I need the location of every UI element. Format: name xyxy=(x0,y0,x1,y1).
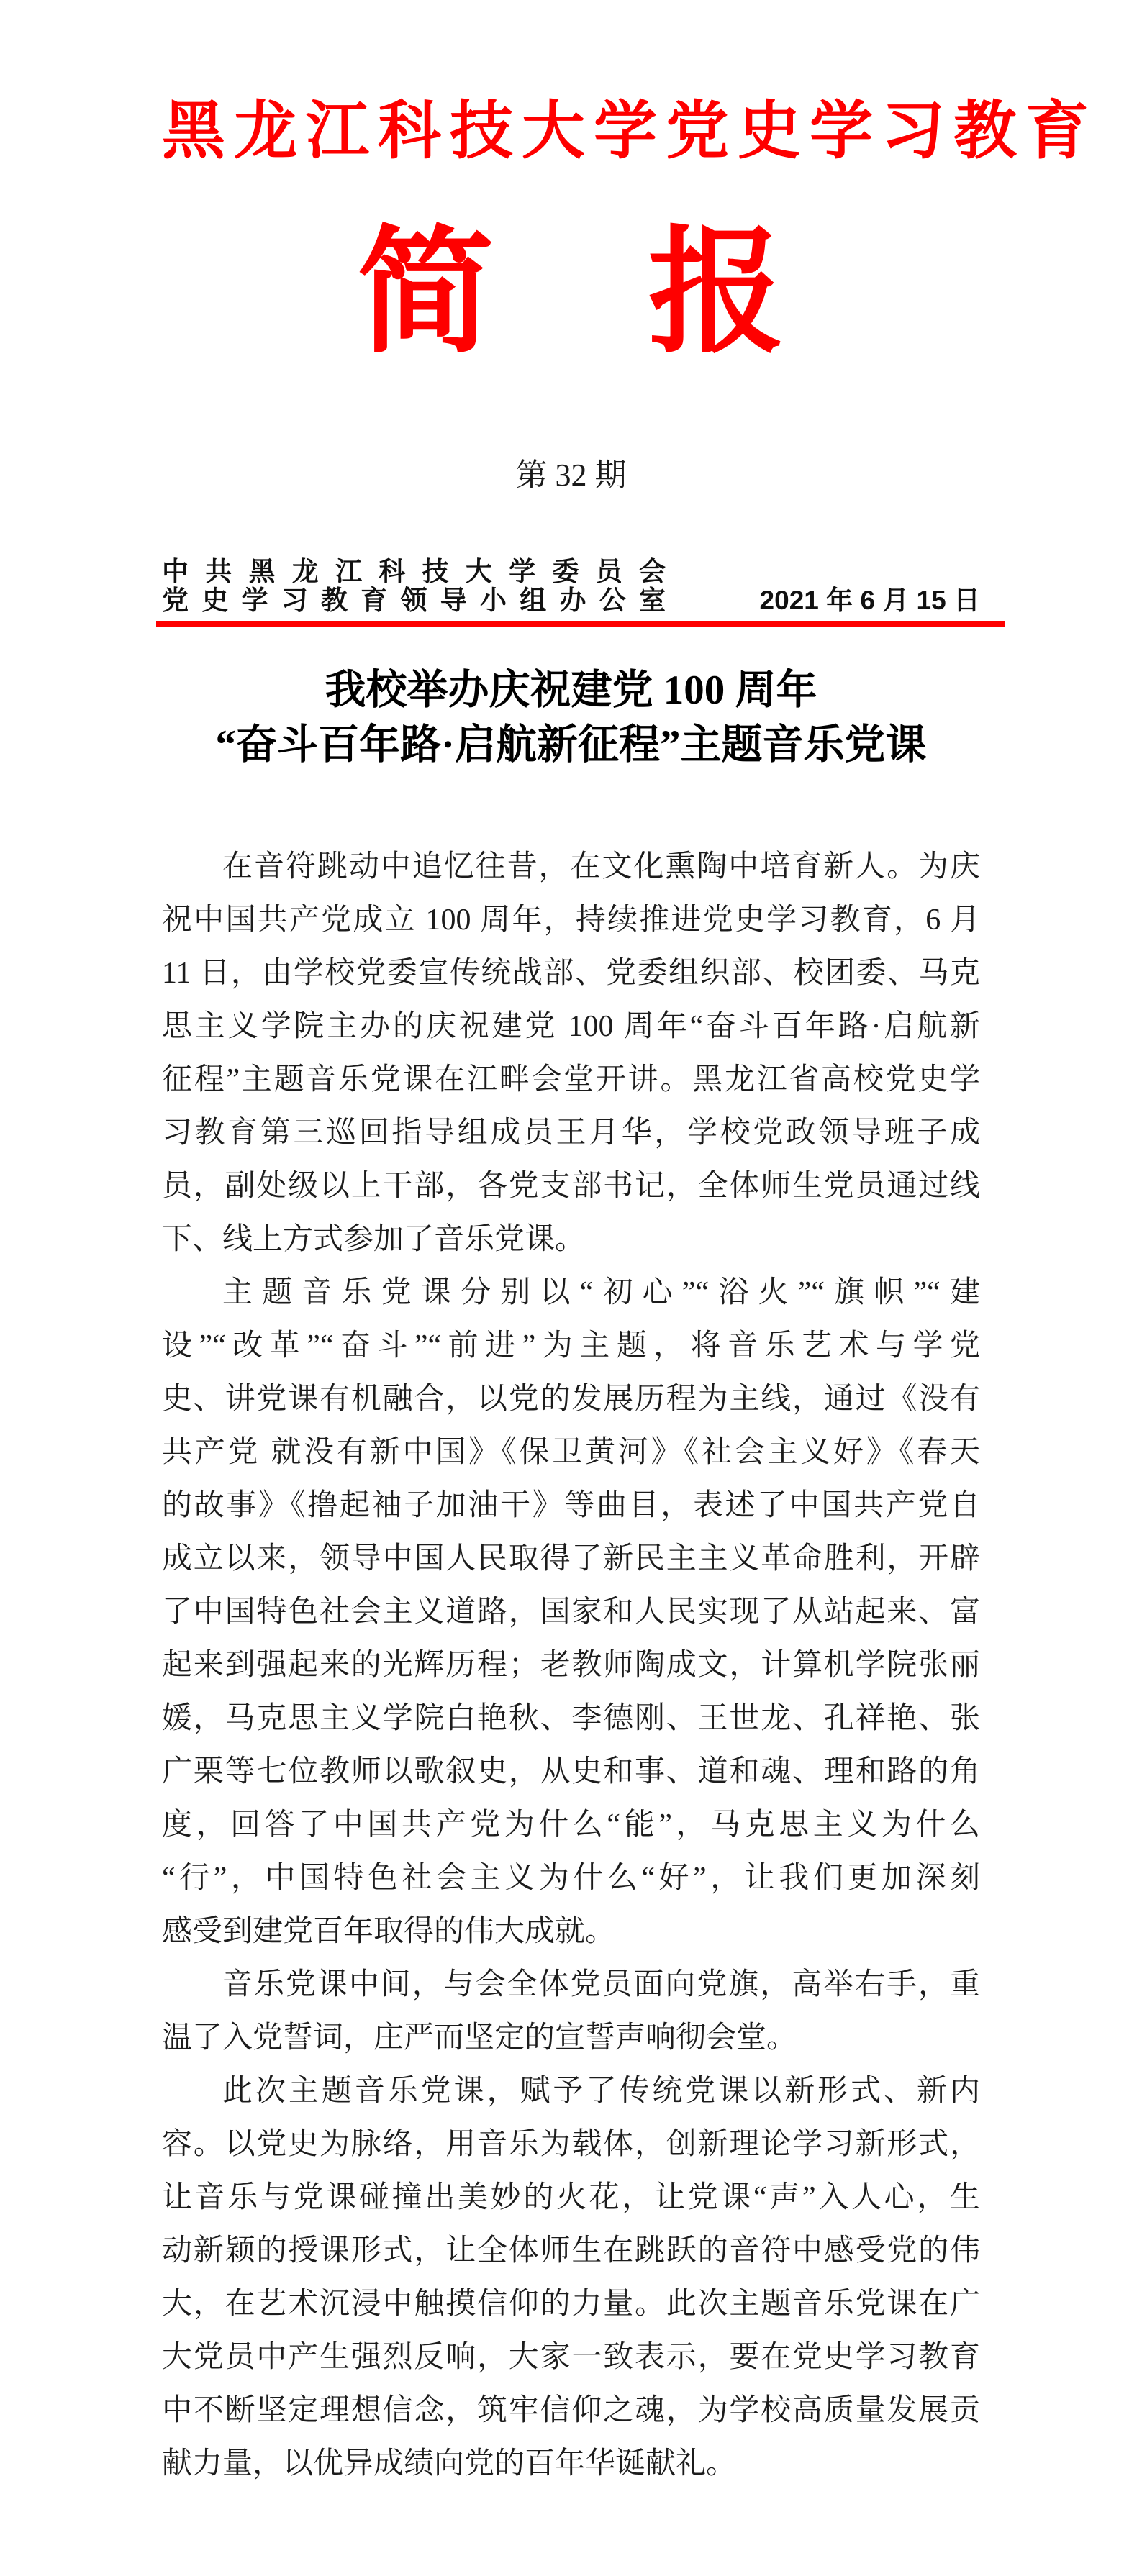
masthead: 黑龙江科技大学党史学习教育 简 报 第 32 期 中共黑龙江科技大学委员会 党史… xyxy=(162,99,980,627)
body-text-line: 媛，马克思主义学院白艳秋、李德刚、王世龙、孔祥艳、张 xyxy=(162,1692,980,1745)
body-text-line: 下、线上方式参加了音乐党课。 xyxy=(162,1213,980,1266)
body-text-line: 成立以来，领导中国人民取得了新民主主义革命胜利，开辟 xyxy=(162,1532,980,1585)
body-text-line: 动新颖的授课形式，让全体师生在跳跃的音符中感受党的伟 xyxy=(162,2224,980,2277)
body-text-line: 温了入党誓词，庄严而坚定的宣誓声响彻会堂。 xyxy=(162,2011,980,2065)
body-text-line: 起来到强起来的光辉历程；老教师陶成文，计算机学院张丽 xyxy=(162,1639,980,1692)
brief-title-char-bao: 报 xyxy=(648,224,785,361)
body-text-line: 音乐党课中间，与会全体党员面向党旗，高举右手，重 xyxy=(162,1958,980,2011)
article-title-line2: “奋斗百年路·启航新征程”主题音乐党课 xyxy=(162,718,980,773)
body-text-line: 习教育第三巡回指导组成员王月华，学校党政领导班子成 xyxy=(162,1106,980,1160)
body-text-line: 员，副处级以上干部，各党支部书记，全体师生党员通过线 xyxy=(162,1160,980,1213)
body-text-line: 献力量，以优异成绩向党的百年华诞献礼。 xyxy=(162,2437,980,2490)
issue-date: 2021 年 6 月 15 日 xyxy=(760,586,980,615)
article: 我校举办庆祝建党 100 周年 “奋斗百年路·启航新征程”主题音乐党课 在音符跳… xyxy=(162,663,980,2490)
body-text-line: 感受到建党百年取得的伟大成就。 xyxy=(162,1905,980,1958)
body-text-line: 思主义学院主办的庆祝建党 100 周年“奋斗百年路·启航新 xyxy=(162,1000,980,1053)
bulletin-page: 黑龙江科技大学党史学习教育 简 报 第 32 期 中共黑龙江科技大学委员会 党史… xyxy=(0,0,1142,2490)
body-text-line: 中不断坚定理想信念，筑牢信仰之魂，为学校高质量发展贡 xyxy=(162,2384,980,2437)
masthead-brief-title: 简 报 xyxy=(162,224,980,361)
body-text-line: 共产党 就没有新中国》《保卫黄河》《社会主义好》《春天 xyxy=(162,1426,980,1479)
publisher-row: 中共黑龙江科技大学委员会 党史学习教育领导小组办公室 2021 年 6 月 15… xyxy=(162,557,980,615)
body-text-line: 的故事》《撸起袖子加油干》等曲目，表述了中国共产党自 xyxy=(162,1479,980,1532)
body-text-line: 大，在艺术沉浸中触摸信仰的力量。此次主题音乐党课在广 xyxy=(162,2277,980,2331)
body-text-line: “行”，中国特色社会主义为什么“好”，让我们更加深刻 xyxy=(162,1852,980,1905)
body-text-line: 此次主题音乐党课，赋予了传统党课以新形式、新内 xyxy=(162,2065,980,2118)
body-text-line: 祝中国共产党成立 100 周年，持续推进党史学习教育，6 月 xyxy=(162,893,980,947)
article-title: 我校举办庆祝建党 100 周年 “奋斗百年路·启航新征程”主题音乐党课 xyxy=(162,663,980,773)
body-text-line: 大党员中产生强烈反响，大家一致表示，要在党史学习教育 xyxy=(162,2331,980,2384)
publisher-block: 中共黑龙江科技大学委员会 党史学习教育领导小组办公室 xyxy=(162,557,666,615)
masthead-divider-rule xyxy=(156,621,1005,627)
article-title-line1: 我校举办庆祝建党 100 周年 xyxy=(162,663,980,718)
masthead-org-title: 黑龙江科技大学党史学习教育 xyxy=(162,99,980,163)
body-text-line: 让音乐与党课碰撞出美妙的火花，让党课“声”入人心，生 xyxy=(162,2171,980,2224)
body-text-line: 主题音乐党课分别以“初心”“浴火”“旗帜”“建 xyxy=(162,1266,980,1319)
body-text-line: 11 日，由学校党委宣传统战部、党委组织部、校团委、马克 xyxy=(162,947,980,1000)
body-text-line: 在音符跳动中追忆往昔，在文化熏陶中培育新人。为庆 xyxy=(162,840,980,893)
issue-number: 第 32 期 xyxy=(162,458,980,493)
body-text-line: 史、讲党课有机融合，以党的发展历程为主线，通过《没有 xyxy=(162,1373,980,1426)
publisher-committee-line: 中共黑龙江科技大学委员会 xyxy=(162,557,666,586)
publisher-office-line: 党史学习教育领导小组办公室 xyxy=(162,586,666,615)
brief-title-char-jian: 简 xyxy=(357,224,494,361)
body-text-line: 容。以党史为脉络，用音乐为载体，创新理论学习新形式， xyxy=(162,2118,980,2171)
article-body: 在音符跳动中追忆往昔，在文化熏陶中培育新人。为庆祝中国共产党成立 100 周年，… xyxy=(162,840,980,2490)
body-text-line: 征程”主题音乐党课在江畔会堂开讲。黑龙江省高校党史学 xyxy=(162,1053,980,1106)
body-text-line: 了中国特色社会主义道路，国家和人民实现了从站起来、富 xyxy=(162,1585,980,1639)
body-text-line: 广栗等七位教师以歌叙史，从史和事、道和魂、理和路的角 xyxy=(162,1745,980,1798)
body-text-line: 设”“改革”“奋斗”“前进”为主题，将音乐艺术与学党 xyxy=(162,1319,980,1373)
body-text-line: 度，回答了中国共产党为什么“能”，马克思主义为什么 xyxy=(162,1798,980,1852)
